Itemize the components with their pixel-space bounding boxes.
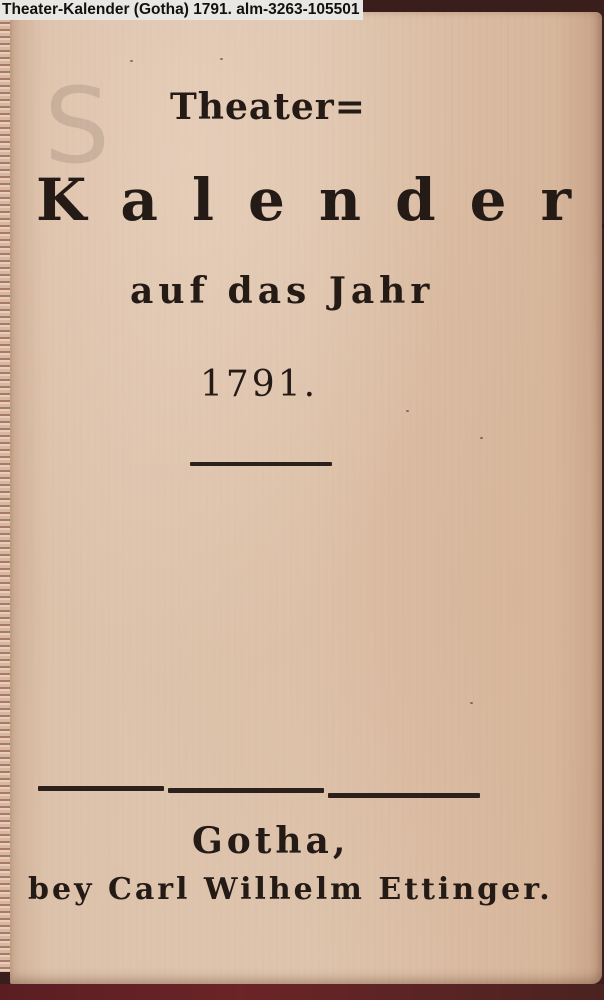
library-stamp: S <box>44 74 110 178</box>
paper-speck <box>470 702 473 704</box>
paper-speck <box>130 60 133 62</box>
divider-rule-segment <box>38 786 164 791</box>
scanned-title-page: S Theater= Kalender, auf das Jahr 1791. … <box>0 0 604 1000</box>
paper-speck <box>220 58 223 60</box>
title-line-kalender: Kalender, <box>36 166 604 234</box>
divider-rule-segment <box>328 793 480 798</box>
publisher-line: bey Carl Wilhelm Ettinger. <box>28 872 553 907</box>
decorative-rule <box>190 462 332 466</box>
divider-rule-segment <box>168 788 324 793</box>
title-line-theater: Theater= <box>170 86 366 128</box>
subtitle: auf das Jahr <box>130 270 434 312</box>
paper-speck <box>406 410 409 412</box>
paper-speck <box>480 437 483 439</box>
image-caption-label: Theater-Kalender (Gotha) 1791. alm-3263-… <box>0 0 363 20</box>
title-page-paper: S Theater= Kalender, auf das Jahr 1791. … <box>10 12 602 984</box>
publication-place: Gotha, <box>192 820 349 862</box>
book-cover-edge <box>0 984 604 1000</box>
publication-year: 1791. <box>200 364 318 405</box>
